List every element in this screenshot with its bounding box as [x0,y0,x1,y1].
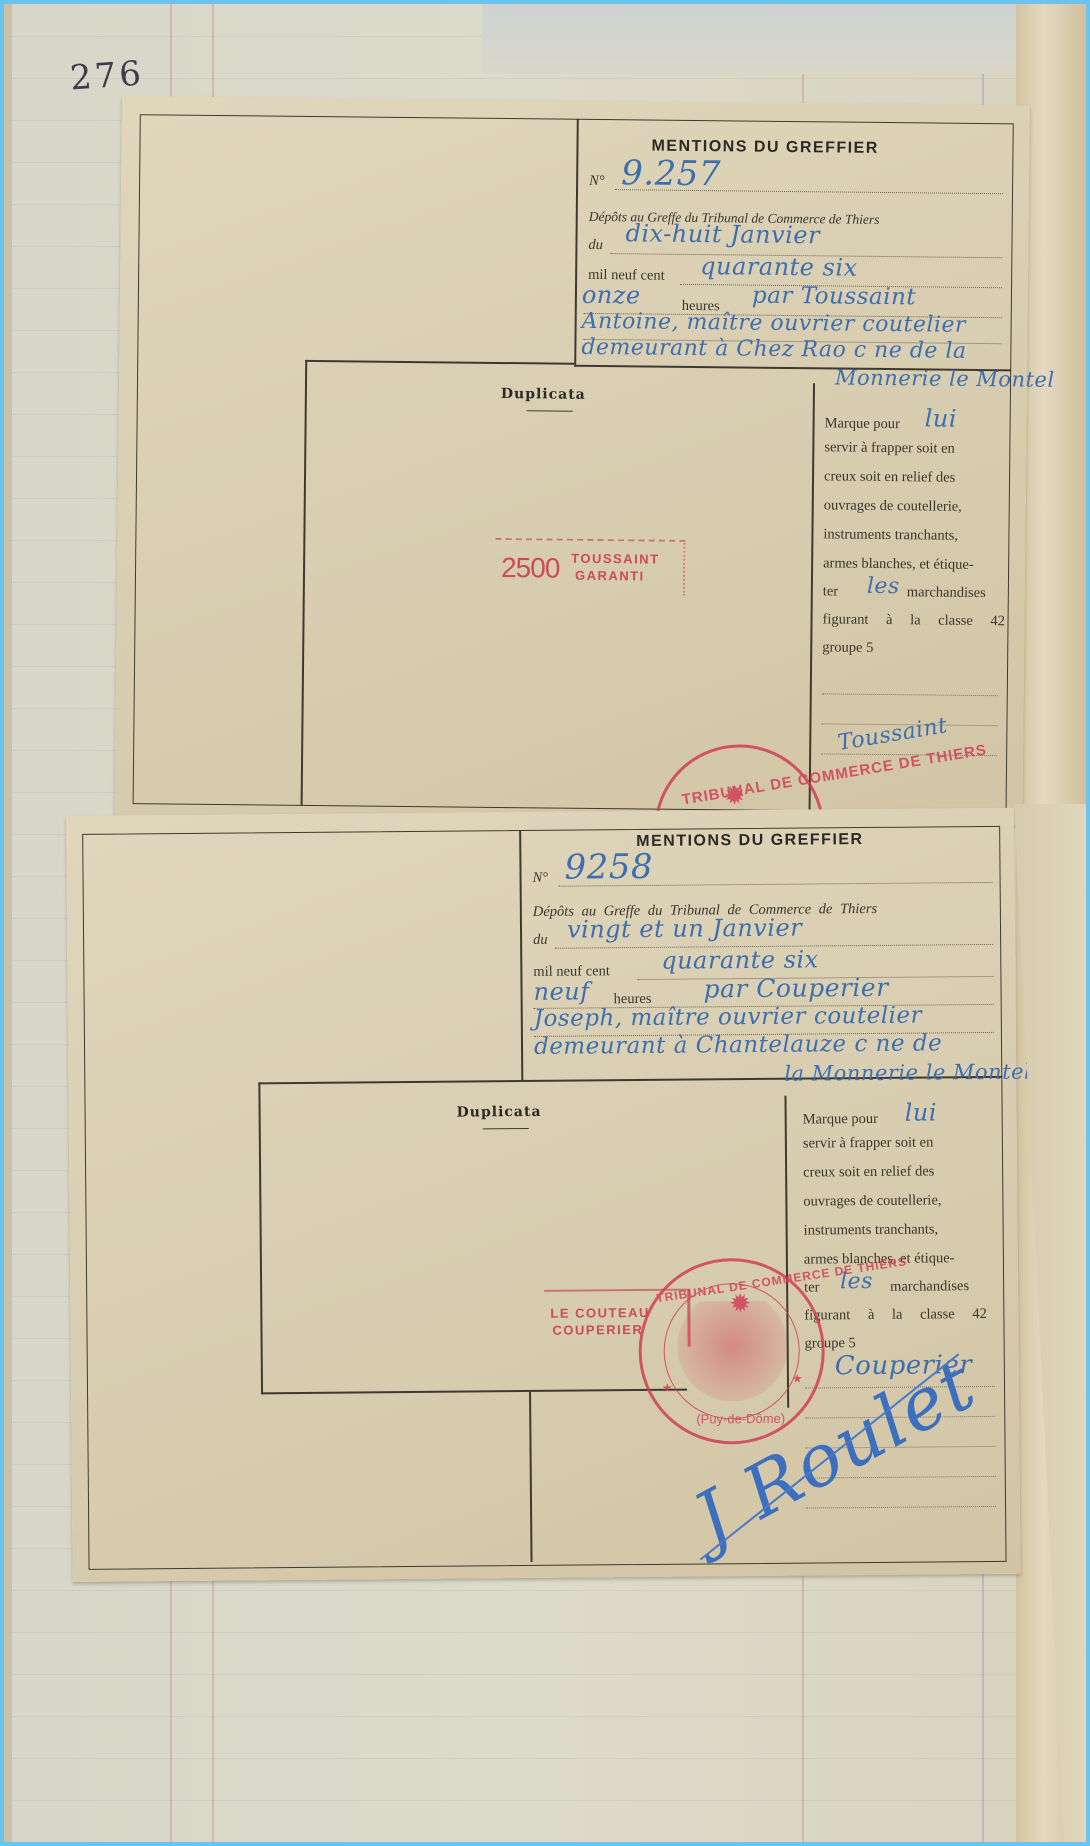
year-handwritten: quarante six [661,945,819,974]
deposant-line-1: par Couperier [703,973,888,1004]
stamp-line-2: COUPERIER [552,1322,643,1338]
photo-frame: 276 MENTIONS DU GREFFIER N° 9.257 Dépôts… [4,4,1086,1842]
ter-label: ter [823,583,838,600]
seal-star-icon: ✹ [724,783,746,809]
mentions-title: MENTIONS DU GREFFIER [636,831,863,851]
stamp-line-1: TOUSSAINT [571,551,660,567]
marque-line: ouvrages de coutellerie, [803,1186,993,1217]
groupe-line: groupe 5 [822,639,873,657]
marque-pour-label: Marque pour [803,1111,878,1129]
book-top-edge [482,4,1042,74]
du-label: du [588,237,603,254]
deposant-line-1: par Toussaint [752,283,916,311]
marque-pour-label: Marque pour [825,415,900,433]
figurant-line: figurant à la classe 42 [822,611,1005,630]
marque-pour-handwritten: lui [904,1098,937,1126]
marque-line: instruments tranchants, [804,1215,994,1246]
deposant-line-2: Antoine, maître ouvrier coutelier [582,309,967,338]
marque-line: creux soit en relief des [803,1157,993,1188]
deposant-line-3: demeurant à Chez Rao c ne de la [581,335,966,364]
duplicata-title: Duplicata [501,386,586,403]
no-label: N° [532,870,548,887]
deposit-slip-2: MENTIONS DU GREFFIER N° 9258 Dépôts au G… [66,808,1021,1582]
marque-line: armes blanches, et étique- [823,549,1001,580]
date-handwritten: dix-huit Janvier [625,219,820,249]
deposant-line-3: demeurant à Chantelauze c ne de [534,1030,942,1060]
figurant-line: figurant à la classe 42 [804,1306,987,1325]
marque-line: servir à frapper soit en [803,1128,993,1159]
no-value: 9.257 [621,153,721,194]
seal-small-star-icon: ★ [792,1373,803,1385]
mark-stamp-2500-toussaint: 2500 TOUSSAINT GARANTI [495,538,686,596]
seal-small-star-icon: ★ [662,1382,673,1394]
marque-line: creux soit en relief des [824,462,1002,493]
hour-handwritten: neuf [533,977,589,1005]
tribunal-seal: TRIBUNAL DE COMMERCE DE THIERS ✹ ★ ★ (Pu… [638,1257,826,1445]
marque-pour-handwritten: lui [925,404,958,432]
marque-line: servir à frapper soit en [824,433,1002,464]
deposit-slip-1: MENTIONS DU GREFFIER N° 9.257 Dépôts au … [114,96,1029,825]
seal-region: (Puy-de-Dôme) [696,1411,785,1427]
page-number: 276 [69,53,146,98]
ter-handwritten: les [867,574,900,599]
marchandises-label: marchandises [907,584,986,602]
marque-description: servir à frapper soit en creux soit en r… [803,1128,994,1275]
seal-star-icon: ✹ [729,1291,751,1317]
deposant-line-4: la Monnerie le Montel [784,1060,1031,1086]
hour-handwritten: onze [582,281,641,310]
marque-line: ouvrages de coutellerie, [824,491,1002,522]
no-value: 9258 [564,847,653,888]
deposant-line-4: Monnerie le Montel [835,365,1055,391]
stamp-line-1: LE COUTEAU [550,1305,650,1321]
du-label: du [533,932,548,949]
stamp-line-2: GARANTI [575,568,645,584]
marchandises-label: marchandises [890,1278,969,1296]
marque-description: servir à frapper soit en creux soit en r… [823,433,1003,580]
stamp-number: 2500 [501,552,560,585]
no-label: N° [589,173,605,190]
year-handwritten: quarante six [700,252,858,282]
duplicata-title: Duplicata [457,1104,542,1121]
deposant-line-2: Joseph, maître ouvrier coutelier [534,1003,923,1032]
marque-line: instruments tranchants, [823,520,1001,551]
date-handwritten: vingt et un Janvier [567,914,802,944]
